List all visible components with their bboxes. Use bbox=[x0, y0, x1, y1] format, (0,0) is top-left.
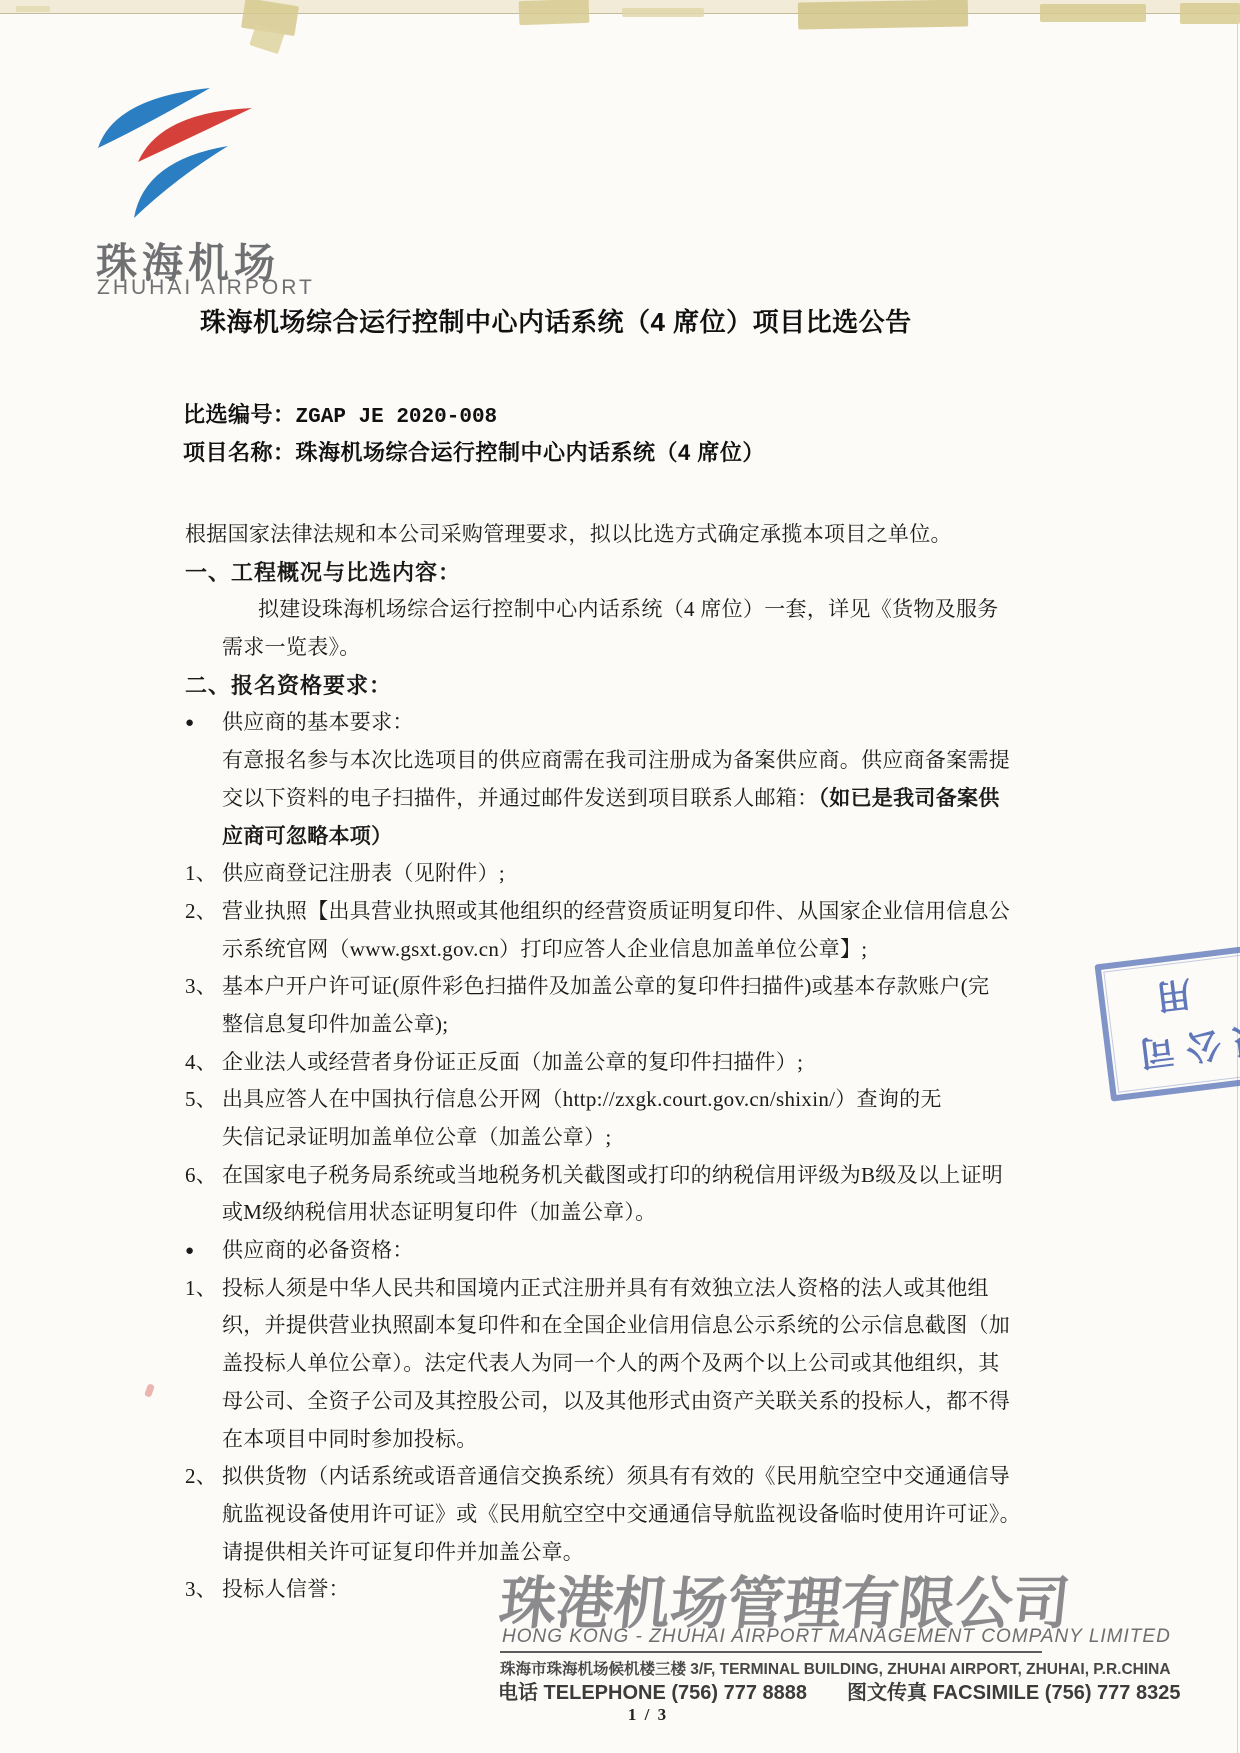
body-line: 根据国家法律法规和本公司采购管理要求，拟以比选方式确定承揽本项目之单位。 bbox=[185, 516, 1085, 554]
numbered-line: 2、拟供货物（内话系统或语音通信交换系统）须具有有效的《民用航空空中交通通信导 bbox=[185, 1458, 1085, 1496]
tape-mark bbox=[519, 0, 590, 25]
numbered-line: 1、投标人须是中华人民共和国境内正式注册并具有有效独立法人资格的法人或其他组 bbox=[185, 1270, 1085, 1308]
project-name-value: 珠海机场综合运行控制中心内话系统（4 席位） bbox=[296, 440, 765, 465]
scanned-document-page: 珠海机场 ZHUHAI AIRPORT 珠海机场综合运行控制中心内话系统（4 席… bbox=[0, 0, 1240, 1753]
body-line: 航监视设备使用许可证》或《民用航空空中交通通信导航监视设备临时使用许可证》。 bbox=[185, 1496, 1085, 1534]
blue-company-stamp: 有限公司 出 用 bbox=[1094, 936, 1240, 1101]
numbered-line: 5、出具应答人在中国执行信息公开网（http://zxgk.court.gov.… bbox=[185, 1081, 1085, 1119]
section-heading: 一、工程概况与比选内容： bbox=[185, 554, 1085, 592]
footer-phone-fax: 电话 TELEPHONE (756) 777 8888 图文传真 FACSIMI… bbox=[498, 1676, 1044, 1705]
footer-company-name-en: HONG KONG - ZHUHAI AIRPORT MANAGEMENT CO… bbox=[502, 1626, 1171, 1648]
section-heading: 二、报名资格要求： bbox=[185, 667, 1085, 705]
body-line: 交以下资料的电子扫描件，并通过邮件发送到项目联系人邮箱：（如已是我司备案供 bbox=[185, 780, 1085, 818]
notice-title: 珠海机场综合运行控制中心内话系统（4 席位）项目比选公告 bbox=[200, 302, 912, 339]
body-line: 需求一览表》。 bbox=[185, 629, 1085, 667]
project-name-label: 项目名称： bbox=[183, 440, 296, 465]
body-line: 盖投标人单位公章）。法定代表人为同一个人的两个及两个以上公司或其他组织，其 bbox=[185, 1345, 1085, 1383]
tape-mark bbox=[622, 8, 704, 17]
logo-en-text: ZHUHAI AIRPORT bbox=[97, 276, 315, 300]
red-ink-speck bbox=[144, 1383, 155, 1398]
numbered-line: 3、基本户开户许可证(原件彩色扫描件及加盖公章的复印件扫描件)或基本存款账户(完 bbox=[185, 968, 1085, 1006]
numbered-line: 4、企业法人或经营者身份证正反面（加盖公章的复印件扫描件）; bbox=[185, 1044, 1085, 1082]
body-line: 应商可忽略本项） bbox=[185, 818, 1085, 856]
notice-body: 根据国家法律法规和本公司采购管理要求，拟以比选方式确定承揽本项目之单位。 一、工… bbox=[185, 516, 1085, 1609]
stamp-text: 有限公司 出 用 bbox=[1118, 956, 1240, 1082]
body-line: 整信息复印件加盖公章); bbox=[185, 1006, 1085, 1044]
body-line: 失信记录证明加盖单位公章（加盖公章）; bbox=[185, 1119, 1085, 1157]
bullet-icon: ● bbox=[185, 705, 222, 743]
page-number: 1 / 3 bbox=[588, 1705, 708, 1725]
paper-right-edge bbox=[1237, 13, 1238, 1753]
bullet-line: ●供应商的基本要求： bbox=[185, 704, 1085, 742]
body-line: 或M级纳税信用状态证明复印件（加盖公章）。 bbox=[185, 1194, 1085, 1232]
body-line: 示系统官网（www.gsxt.gov.cn）打印应答人企业信息加盖单位公章】; bbox=[185, 931, 1085, 969]
body-line: 拟建设珠海机场综合运行控制中心内话系统（4 席位）一套，详见《货物及服务 bbox=[185, 591, 1085, 629]
airport-logo-swoosh-icon bbox=[88, 80, 268, 230]
numbered-line: 2、营业执照【出具营业执照或其他组织的经营资质证明复印件、从国家企业信用信息公 bbox=[185, 893, 1085, 931]
body-line: 织，并提供营业执照副本复印件和在全国企业信用信息公示系统的公示信息截图（加 bbox=[185, 1307, 1085, 1345]
tape-mark bbox=[1180, 3, 1240, 24]
tape-mark bbox=[798, 0, 968, 29]
numbered-line: 1、供应商登记注册表（见附件）; bbox=[185, 855, 1085, 893]
notice-number-label: 比选编号： bbox=[183, 402, 296, 427]
notice-number-line: 比选编号：ZGAP JE 2020-008 bbox=[183, 398, 497, 429]
body-line: 母公司、全资子公司及其控股公司，以及其他形式由资产关联关系的投标人，都不得 bbox=[185, 1383, 1085, 1421]
project-name-line: 项目名称：珠海机场综合运行控制中心内话系统（4 席位） bbox=[183, 436, 765, 467]
numbered-line: 6、在国家电子税务局系统或当地税务机关截图或打印的纳税信用评级为B级及以上证明 bbox=[185, 1157, 1085, 1195]
tape-mark bbox=[1040, 4, 1146, 22]
tape-mark bbox=[16, 6, 50, 12]
airport-logo: 珠海机场 ZHUHAI AIRPORT bbox=[88, 80, 318, 230]
body-line: 在本项目中同时参加投标。 bbox=[185, 1421, 1085, 1459]
bullet-line: ●供应商的必备资格： bbox=[185, 1232, 1085, 1270]
bullet-icon: ● bbox=[185, 1233, 222, 1271]
notice-number-value: ZGAP JE 2020-008 bbox=[296, 406, 498, 429]
body-line: 有意报名参与本次比选项目的供应商需在我司注册成为备案供应商。供应商备案需提 bbox=[185, 742, 1085, 780]
footer-divider bbox=[500, 1651, 1042, 1653]
